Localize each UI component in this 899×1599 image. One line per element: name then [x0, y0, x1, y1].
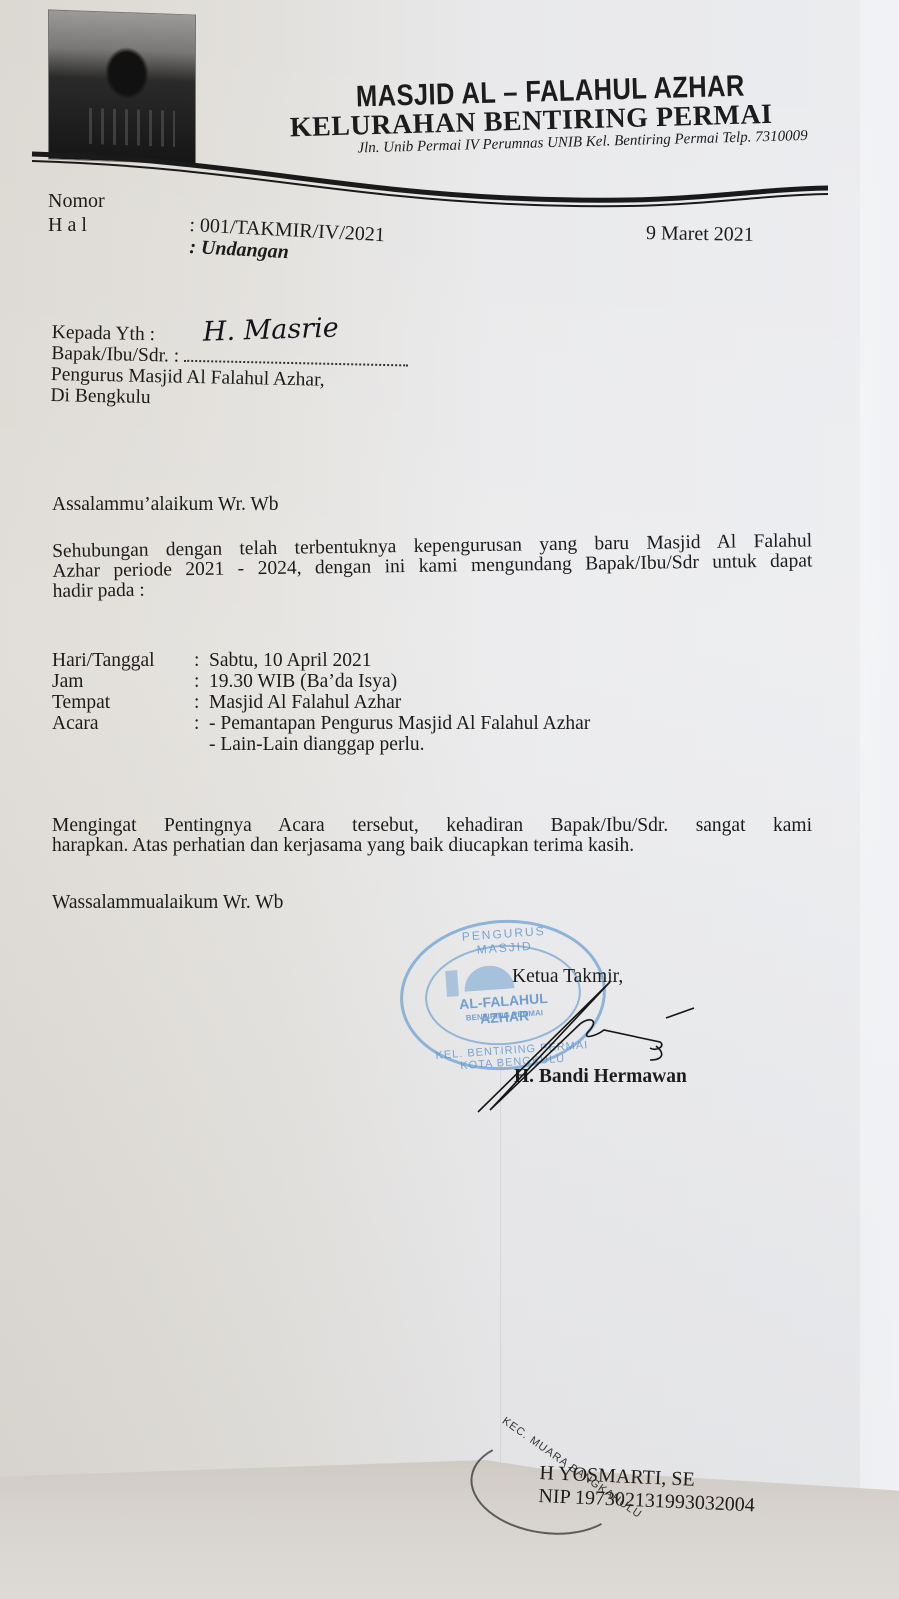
- handwritten-signature: [470, 960, 710, 1120]
- hal-label: H a l: [48, 214, 87, 237]
- recipient-block: Kepada Yth : Bapak/Ibu/Sdr. : H. Masrie …: [50, 322, 408, 413]
- minaret-icon: [445, 970, 459, 997]
- detail-colon: :: [194, 692, 199, 713]
- paper-fold-edge: [860, 0, 899, 1599]
- detail-colon: :: [194, 650, 199, 671]
- bottom-signatory: H YOSMARTI, SE NIP 197302131993032004: [538, 1462, 756, 1517]
- greeting-text: Assalammu’alaikum Wr. Wb: [52, 495, 279, 515]
- mosque-photo-icon: [48, 9, 196, 164]
- closing-line: Mengingat Pentingnya Acara tersebut, keh…: [52, 816, 812, 836]
- letterhead-divider: [30, 150, 830, 210]
- letter-paper: [0, 0, 899, 1599]
- letter-date: 9 Maret 2021: [646, 222, 754, 247]
- closing-line: harapkan. Atas perhatian dan kerjasama y…: [52, 836, 812, 856]
- detail-label: Jam: [52, 671, 83, 692]
- detail-value: Sabtu, 10 April 2021: [209, 650, 372, 671]
- recipient-name-field: H. Masrie: [184, 346, 408, 367]
- detail-label: Hari/Tanggal: [52, 650, 155, 671]
- recipient-salutation: Bapak/Ibu/Sdr. :: [51, 343, 184, 367]
- detail-value: - Pemantapan Pengurus Masjid Al Falahul …: [209, 713, 590, 734]
- farewell-text: Wassalammualaikum Wr. Wb: [52, 893, 283, 913]
- detail-colon: :: [194, 713, 199, 734]
- nomor-label: Nomor: [48, 190, 105, 213]
- detail-colon: :: [194, 671, 199, 692]
- detail-value: - Lain-Lain dianggap perlu.: [209, 734, 425, 755]
- handwritten-recipient-name: H. Masrie: [202, 317, 338, 342]
- closing-paragraph: Mengingat Pentingnya Acara tersebut, keh…: [52, 816, 812, 856]
- detail-value: Masjid Al Falahul Azhar: [209, 692, 401, 713]
- detail-label: Tempat: [52, 692, 110, 713]
- detail-value: 19.30 WIB (Ba’da Isya): [209, 671, 397, 692]
- detail-label: Acara: [52, 713, 99, 734]
- intro-paragraph: Sehubungan dengan telah terbentuknya kep…: [52, 531, 813, 602]
